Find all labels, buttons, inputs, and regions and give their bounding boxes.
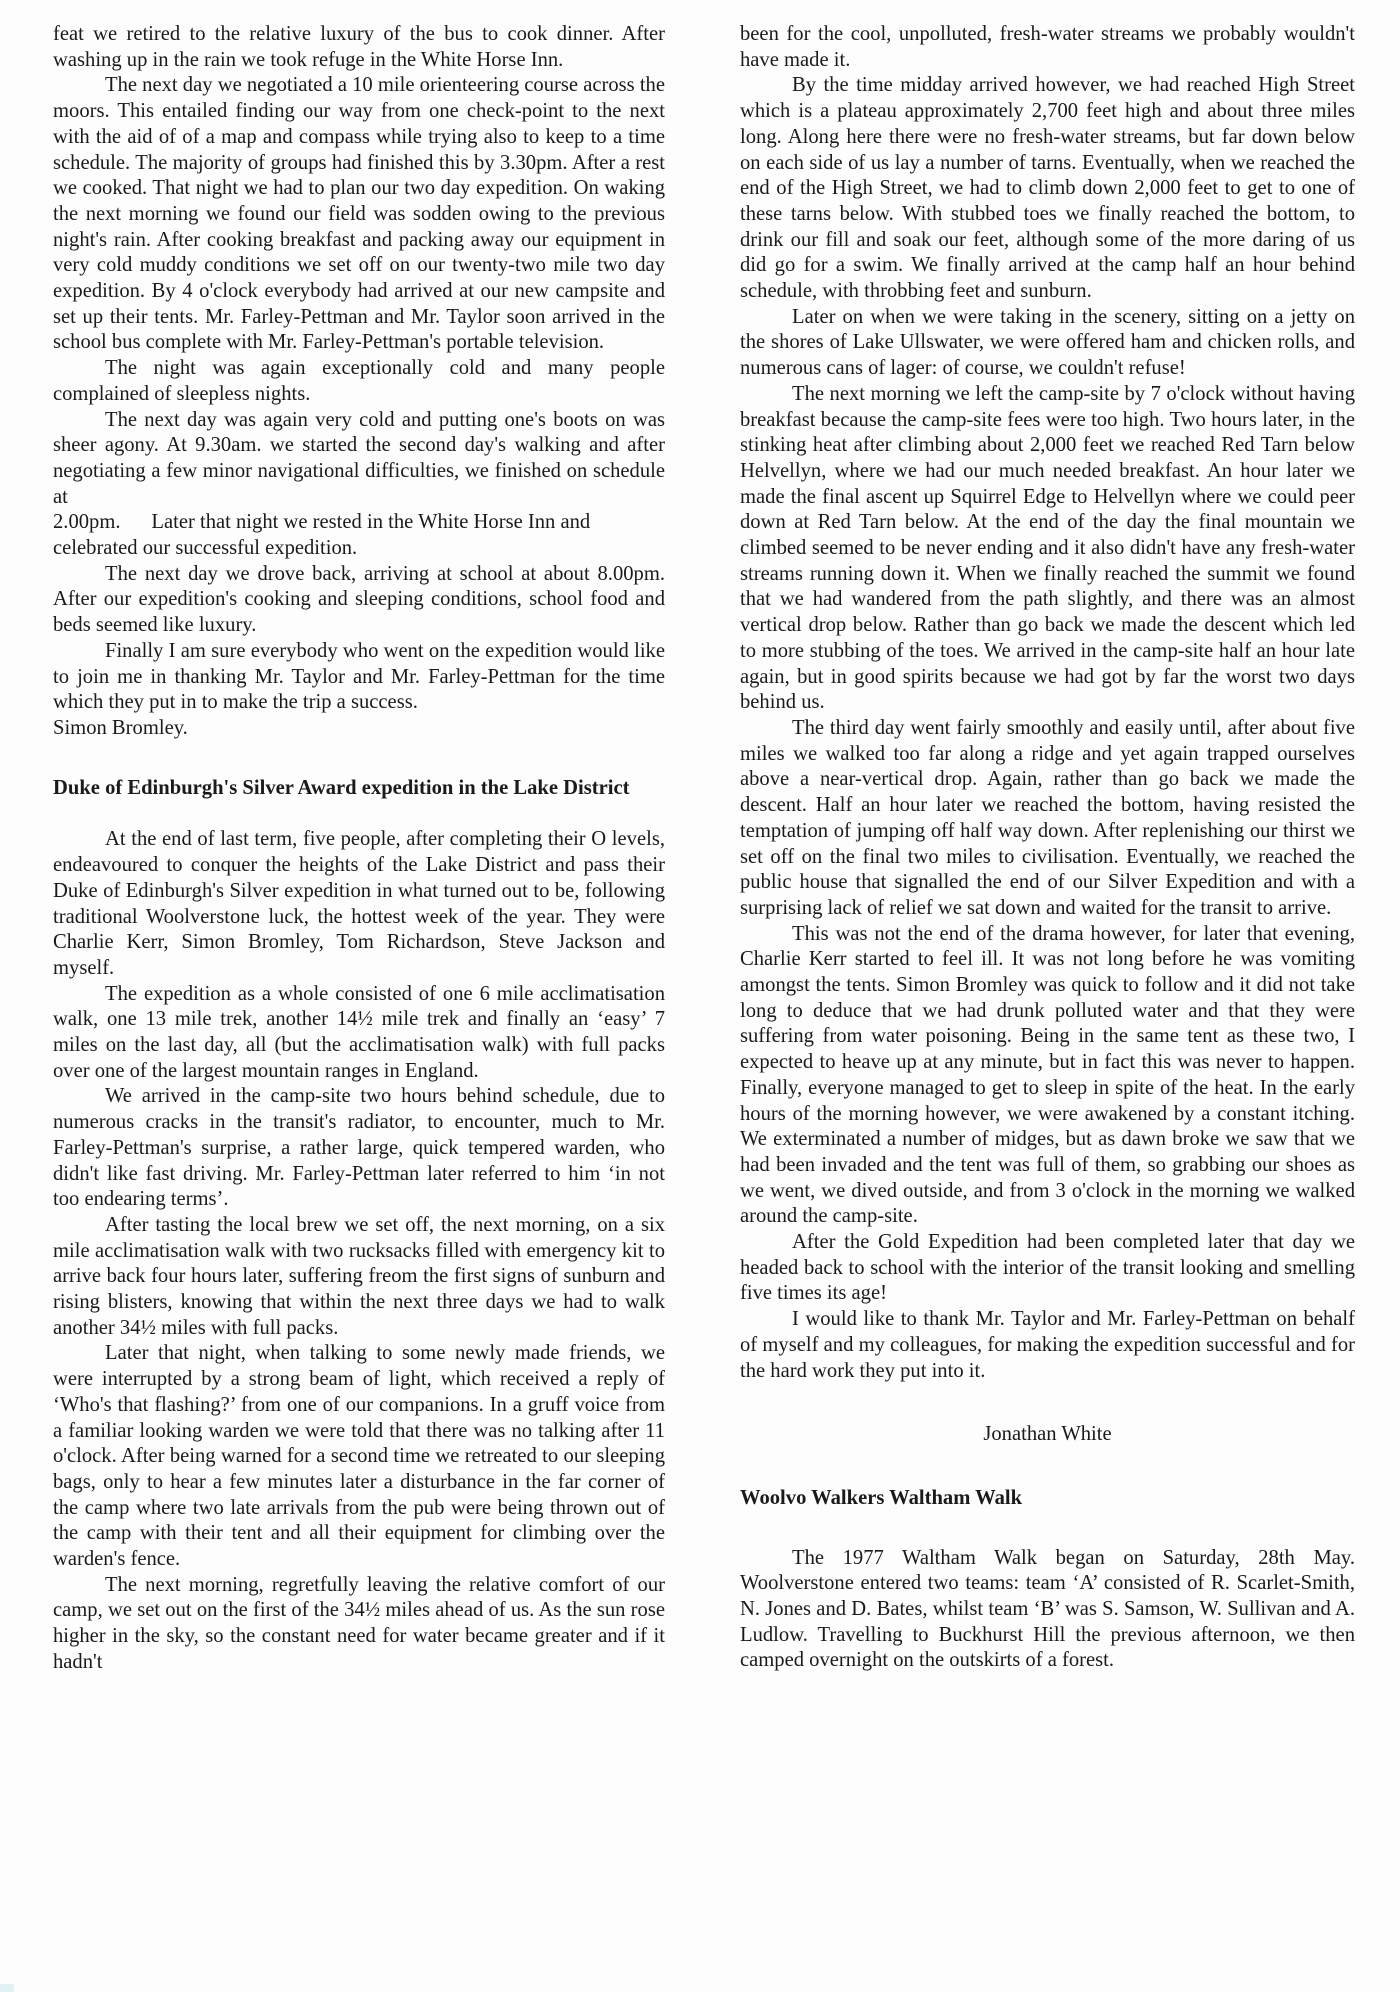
paragraph: The 1977 Waltham Walk began on Saturday,… [740,1546,1355,1675]
paragraph: We arrived in the camp-site two hours be… [53,1084,665,1213]
paragraph: The next morning we left the camp-site b… [740,382,1355,716]
paragraph: This was not the end of the drama howeve… [740,922,1355,1230]
paragraph: By the time midday arrived however, we h… [740,73,1355,304]
section-heading: Duke of Edinburgh's Silver Award expedit… [53,776,665,802]
paragraph: The next morning, regretfully leaving th… [53,1573,665,1676]
paragraph: At the end of last term, five people, af… [53,827,665,981]
paragraph: The expedition as a whole consisted of o… [53,982,665,1085]
spacer [53,742,665,776]
paragraph: The night was again exceptionally cold a… [53,356,665,407]
paragraph: been for the cool, unpolluted, fresh-wat… [740,22,1355,73]
paragraph: I would like to thank Mr. Taylor and Mr.… [740,1307,1355,1384]
scan-artifact [0,1984,14,1992]
spacer [740,1448,1355,1486]
spacer [740,1384,1355,1422]
author-signoff: Simon Bromley. [53,716,665,742]
paragraph: Finally I am sure everybody who went on … [53,639,665,716]
spacer [53,801,665,827]
paragraph: Later on when we were taking in the scen… [740,305,1355,382]
left-column: feat we retired to the relative luxury o… [53,22,665,1676]
document-page: feat we retired to the relative luxury o… [0,0,1400,1992]
paragraph: The third day went fairly smoothly and e… [740,716,1355,922]
paragraph: The next day we drove back, arriving at … [53,562,665,639]
spacer [740,1512,1355,1546]
paragraph: The next day we negotiated a 10 mile ori… [53,73,665,356]
paragraph: Later that night, when talking to some n… [53,1341,665,1572]
paragraph: feat we retired to the relative luxury o… [53,22,665,73]
paragraph: The next day was again very cold and put… [53,408,665,511]
paragraph: 2.00pm. Later that night we rested in th… [53,510,665,561]
paragraph: After the Gold Expedition had been compl… [740,1230,1355,1307]
right-column: been for the cool, unpolluted, fresh-wat… [740,22,1355,1674]
section-heading: Woolvo Walkers Waltham Walk [740,1486,1355,1512]
paragraph: After tasting the local brew we set off,… [53,1213,665,1342]
author-signoff: Jonathan White [740,1422,1355,1448]
